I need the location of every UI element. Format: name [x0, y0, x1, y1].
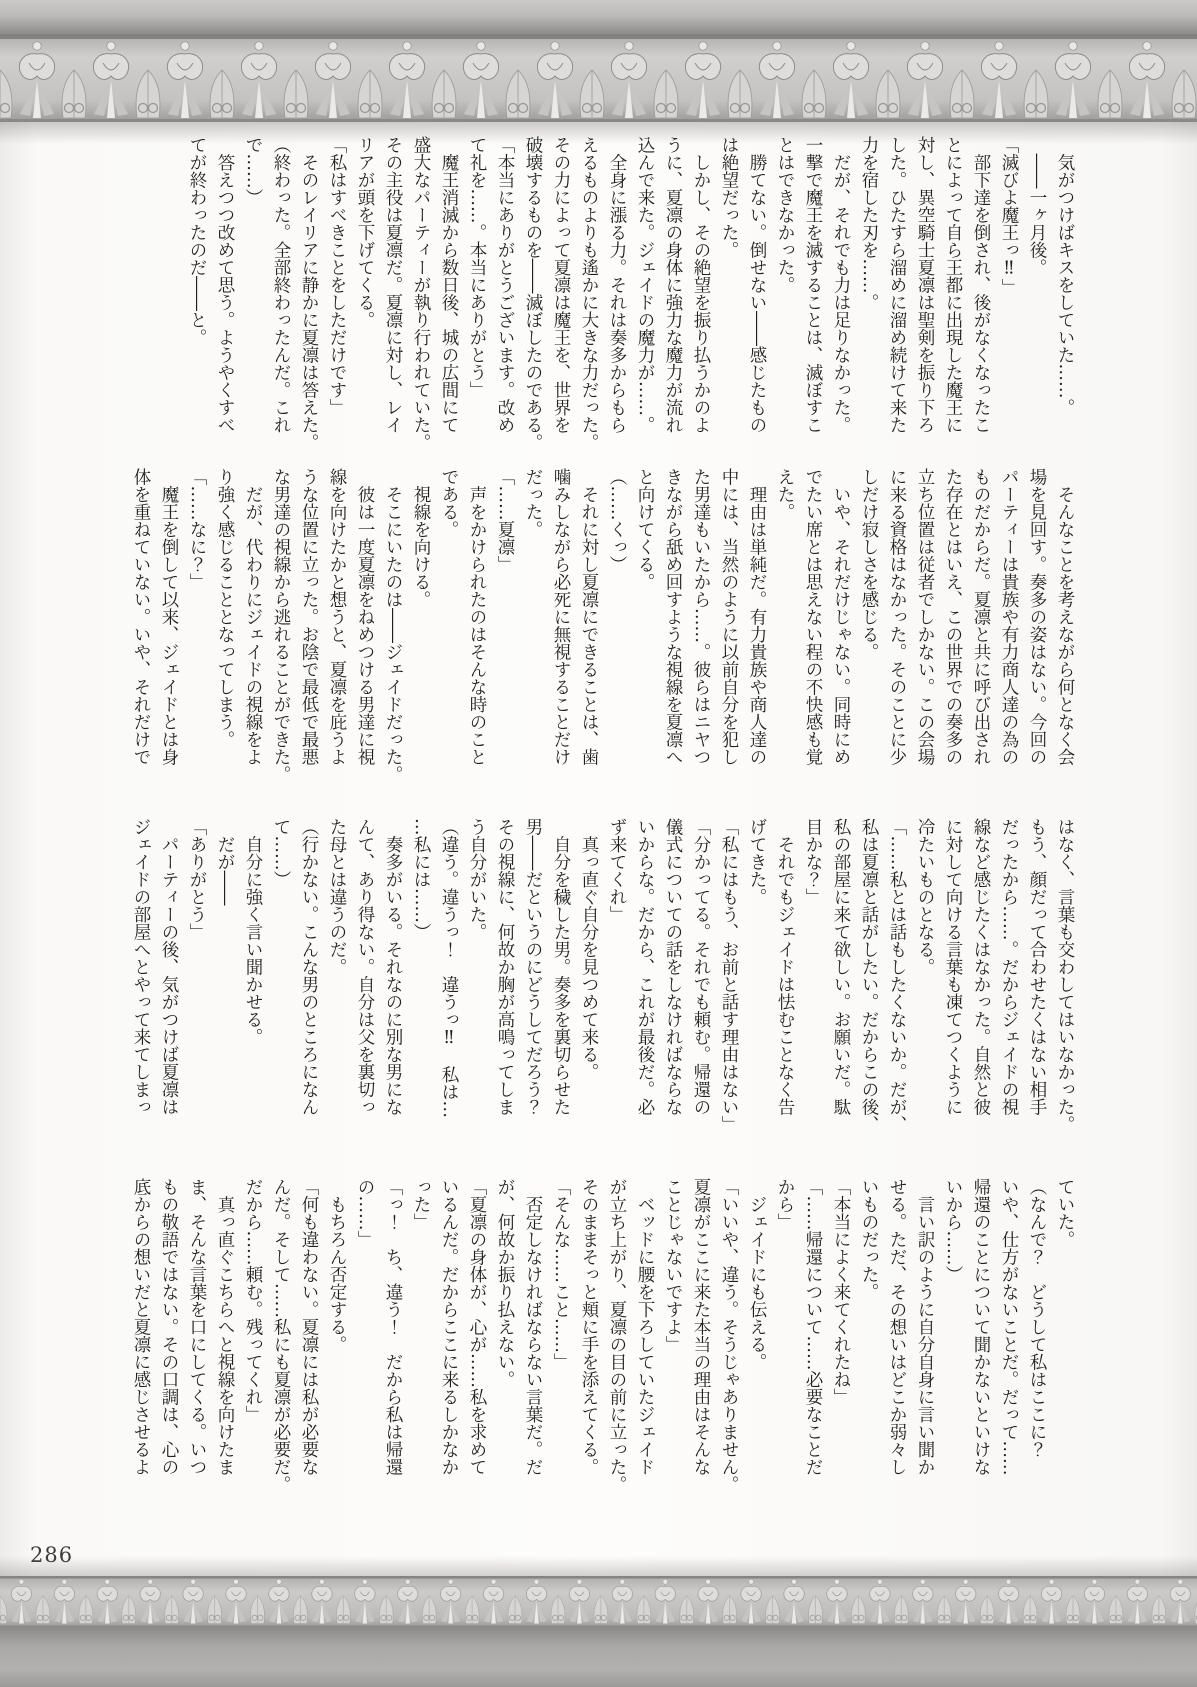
text-column: （行かない。こんな男のところになん: [295, 818, 323, 1156]
text-column: 「……夏凛」: [491, 468, 519, 806]
text-column: ものだからだ。夏凛と共に呼び出され: [967, 468, 995, 806]
text-column: 場を見回す。奏多の姿はない。今回の: [1023, 468, 1051, 806]
text-column: 勝てない。倒せない――感じたもの: [743, 136, 771, 462]
text-column: えるものよりも遙かに大きな力だった。: [575, 136, 603, 462]
text-column: 底からの想いだと夏凛に感じさせるよ: [127, 1178, 155, 1522]
text-column: 部下達を倒され、後がなくなったこ: [967, 136, 995, 462]
text-column: が立ち上がり、夏凛の目の前に立った。: [603, 1178, 631, 1522]
text-column: た母とは違うのだ。: [323, 818, 351, 1156]
text-column: うに、夏凛の身体に強力な魔力が流れ: [659, 136, 687, 462]
text-column: 奏多がいる。それなのに別な男にな: [379, 818, 407, 1156]
text-column: 線を向けたかと想うと、夏凛を庇うよ: [323, 468, 351, 806]
text-column: 盛大なパーティーが執り行われていた。: [407, 136, 435, 462]
text-column: 「そんな……こと……」: [547, 1178, 575, 1522]
text-column: とはできなかった。: [771, 136, 799, 462]
text-column: げてきた。: [743, 818, 771, 1156]
text-column: 彼は一度夏凛をねめつける男達に視: [351, 468, 379, 806]
text-column: いものだった。: [855, 1178, 883, 1522]
text-column: （……くっ）: [603, 468, 631, 806]
text-column: て……）: [267, 818, 295, 1156]
text-column: パーティーの後、気がつけば夏凛は: [155, 818, 183, 1156]
text-column: 「滅びよ魔王っ‼」: [995, 136, 1023, 462]
text-column: 自分に強く言い聞かせる。: [239, 818, 267, 1156]
text-column: そこにいたのは――ジェイドだった。: [379, 468, 407, 806]
text-column: った」: [407, 1178, 435, 1522]
text-column: 「……帰還について……必要なことだ: [799, 1178, 827, 1522]
text-column: 線など感じたくはなかった。自然と彼: [967, 818, 995, 1156]
text-column: きながら舐め回すような視線を夏凛へ: [659, 468, 687, 806]
text-column: そのレイリアに静かに夏凛は答えた。: [295, 136, 323, 462]
text-column: だが、代わりにジェイドの視線をよ: [239, 468, 267, 806]
text-column: （違う。違うっ！ 違うっ‼ 私は…: [435, 818, 463, 1156]
text-column: ていた。: [1051, 1178, 1079, 1522]
text-column: …私には……）: [407, 818, 435, 1156]
text-column: はなく、言葉も交わしてはいなかった。: [1051, 818, 1079, 1156]
text-column: に来る資格はなかった。そのことに少: [883, 468, 911, 806]
text-column: せる。ただ、その想いはどこか弱々し: [883, 1178, 911, 1522]
text-column: 声をかけられたのはそんな時のこと: [463, 468, 491, 806]
text-column: それでもジェイドは怯むことなく告: [771, 818, 799, 1156]
text-column: いからな。だから、これが最後だ。必: [631, 818, 659, 1156]
text-column: てが終わったのだ――と。: [183, 136, 211, 462]
text-column: 目かな？」: [799, 818, 827, 1156]
text-column: その主役は夏凛だ。夏凛に対し、レイ: [379, 136, 407, 462]
text-band-2: そんなことを考えながら何となく会場を見回す。奏多の姿はない。今回のパーティーは貴…: [127, 468, 1079, 806]
text-column: 「本当によく来てくれたね」: [827, 1178, 855, 1522]
text-column: でたい席とは思えない程の不快感も覚: [799, 468, 827, 806]
text-column: 答えつつ改めて思う。ようやくすべ: [211, 136, 239, 462]
text-column: そのままそっと頬に手を添えてくる。: [575, 1178, 603, 1522]
text-column: 「ありがとう」: [183, 818, 211, 1156]
text-column: ジェイドにも伝える。: [743, 1178, 771, 1522]
text-column: 男――だというのにどうしてだろう？: [519, 818, 547, 1156]
text-column: もちろん否定する。: [323, 1178, 351, 1522]
text-column: だが――: [211, 818, 239, 1156]
text-column: に対して向ける言葉も凍てつくように: [939, 818, 967, 1156]
text-column: 「本当にありがとうございます。改め: [491, 136, 519, 462]
text-column: ――一ヶ月後。: [1023, 136, 1051, 462]
text-column: んだ。そして……私にも夏凛が必要だ。: [267, 1178, 295, 1522]
text-column: 魔王消滅から数日後、城の広間にて: [435, 136, 463, 462]
text-column: その力によって夏凛は魔王を、世界を: [547, 136, 575, 462]
text-column: である。: [435, 468, 463, 806]
text-column: た男達もいたから……。彼らはニヤつ: [687, 468, 715, 806]
text-column: が、何故か振り払えない。: [491, 1178, 519, 1522]
text-column: パーティーは貴族や有力商人達の為の: [995, 468, 1023, 806]
text-column: ま、そんな言葉を口にしてくる。いつ: [183, 1178, 211, 1522]
text-column: 「……なに？」: [183, 468, 211, 806]
text-column: 魔王を倒して以来、ジェイドとは身: [155, 468, 183, 806]
text-column: そんなことを考えながら何となく会: [1051, 468, 1079, 806]
text-column: （終わった。全部終わったんだ。これ: [267, 136, 295, 462]
text-column: 言い訳のように自分自身に言い聞か: [911, 1178, 939, 1522]
text-column: 力を宿した刃を……。: [855, 136, 883, 462]
book-page: 気がつけばキスをしていた……。 ――一ヶ月後。「滅びよ魔王っ‼」 部下達を倒され…: [0, 0, 1197, 1687]
text-column: 否定しなければならない言葉だ。だ: [519, 1178, 547, 1522]
text-column: は絶望だった。: [715, 136, 743, 462]
ornament-border-bottom: [0, 1576, 1197, 1628]
text-column: 体を重ねていない。いや、それだけで: [127, 468, 155, 806]
text-column: 気がつけばキスをしていた……。: [1051, 136, 1079, 462]
text-column: 「何も違わない。夏凛には私が必要な: [295, 1178, 323, 1522]
text-column: 私の部屋に来て欲しい。お願いだ。駄: [827, 818, 855, 1156]
text-column: と向けてくる。: [631, 468, 659, 806]
text-column: いや、仕方がないことだ。だって……: [995, 1178, 1023, 1522]
text-band-4: ていた。（なんで？ どうして私はここに？いや、仕方がないことだ。だって……帰還の…: [127, 1178, 1079, 1522]
text-column: その視線に、何故か胸が高鳴ってしま: [491, 818, 519, 1156]
text-column: だから……頼む。残ってくれ」: [239, 1178, 267, 1522]
text-column: 「私にはもう、お前と話す理由はない」: [715, 818, 743, 1156]
text-column: 中には、当然のように以前自分を犯し: [715, 468, 743, 806]
text-column: 「……私とは話もしたくないか。だが、: [883, 818, 911, 1156]
text-column: 冷たいものとなる。: [911, 818, 939, 1156]
text-column: て礼を……。本当にありがとう」: [463, 136, 491, 462]
text-column: ベッドに腰を下ろしていたジェイド: [631, 1178, 659, 1522]
text-column: 真っ直ぐこちらへと視線を向けたま: [211, 1178, 239, 1522]
text-column: しだけ寂しさを感じる。: [855, 468, 883, 806]
text-column: だが、それでも力は足りなかった。: [827, 136, 855, 462]
text-column: 真っ直ぐ自分を見つめて来る。: [575, 818, 603, 1156]
text-column: ジェイドの部屋へとやって来てしまっ: [127, 818, 155, 1156]
text-column: うな位置に立った。お陰で最低で最悪: [295, 468, 323, 806]
text-column: から」: [771, 1178, 799, 1522]
text-column: り強く感じることとなってしまう。: [211, 468, 239, 806]
ornament-border-top: [0, 36, 1197, 122]
text-column: た存在とはいえ、この世界での奏多の: [939, 468, 967, 806]
text-column: 視線を向ける。: [407, 468, 435, 806]
text-column: 帰還のことについて聞かないといけな: [967, 1178, 995, 1522]
text-column: ことじゃないですよ」: [659, 1178, 687, 1522]
text-column: 噛みしながら必死に無視することだけ: [547, 468, 575, 806]
text-column: 対し、異空騎士夏凛は聖剣を振り下ろ: [911, 136, 939, 462]
text-column: だった。: [519, 468, 547, 806]
text-column: 「私はすべきことをしただけです」: [323, 136, 351, 462]
text-band-3: はなく、言葉も交わしてはいなかった。もう、顔だって合わせたくはない相手だったから…: [127, 818, 1079, 1156]
text-column: 「分かってる。それでも頼む。帰還の: [687, 818, 715, 1156]
text-band-1: 気がつけばキスをしていた……。 ――一ヶ月後。「滅びよ魔王っ‼」 部下達を倒され…: [183, 136, 1079, 462]
text-column: とによって自ら王都に出現した魔王に: [939, 136, 967, 462]
text-column: （なんで？ どうして私はここに？: [1023, 1178, 1051, 1522]
text-column: 儀式についての話をしなければならな: [659, 818, 687, 1156]
text-column: 「いいや、違う。そうじゃありません。: [715, 1178, 743, 1522]
text-column: いるんだ。だからここに来るしかなか: [435, 1178, 463, 1522]
text-column: う自分がいた。: [463, 818, 491, 1156]
text-column: 全身に漲る力。それは奏多からもら: [603, 136, 631, 462]
text-column: な男達の視線から逃れることができた。: [267, 468, 295, 806]
text-column: 「夏凛の身体が、心が……私を求めて: [463, 1178, 491, 1522]
text-column: リアが頭を下げてくる。: [351, 136, 379, 462]
text-column: 一撃で魔王を滅することは、滅ぼすこ: [799, 136, 827, 462]
text-column: で……）: [239, 136, 267, 462]
text-column: んて、あり得ない。自分は父を裏切っ: [351, 818, 379, 1156]
text-column: もう、顔だって合わせたくはない相手: [1023, 818, 1051, 1156]
bottom-border-shadow: [0, 1556, 1197, 1576]
text-column: 夏凛がここに来た本当の理由はそんな: [687, 1178, 715, 1522]
text-column: 「っ！ ち、違う！ だから私は帰還: [379, 1178, 407, 1522]
page-bottom-edge: [0, 1628, 1197, 1687]
text-column: の……」: [351, 1178, 379, 1522]
text-column: した。ひたすら溜めに溜め続けて来た: [883, 136, 911, 462]
text-column: 立ち位置は従者でしかない。この会場: [911, 468, 939, 806]
text-column: だったから……。だからジェイドの視: [995, 818, 1023, 1156]
text-column: 自分を穢した男。奏多を裏切らせた: [547, 818, 575, 1156]
text-column: もの敬語ではない。その口調は、心の: [155, 1178, 183, 1522]
text-column: 理由は単純だ。有力貴族や商人達の: [743, 468, 771, 806]
text-column: いから……）: [939, 1178, 967, 1522]
text-column: 私は夏凛と話がしたい。だからこの後、: [855, 818, 883, 1156]
text-column: 込んで来た。ジェイドの魔力が……。: [631, 136, 659, 462]
text-column: ず来てくれ」: [603, 818, 631, 1156]
text-column: しかし、その絶望を振り払うかのよ: [687, 136, 715, 462]
text-column: それに対し夏凛にできることは、歯: [575, 468, 603, 806]
text-column: 破壊するものを――滅ぼしたのである。: [519, 136, 547, 462]
page-top-edge: [0, 0, 1197, 36]
text-column: いや、それだけじゃない。同時にめ: [827, 468, 855, 806]
text-column: えた。: [771, 468, 799, 806]
